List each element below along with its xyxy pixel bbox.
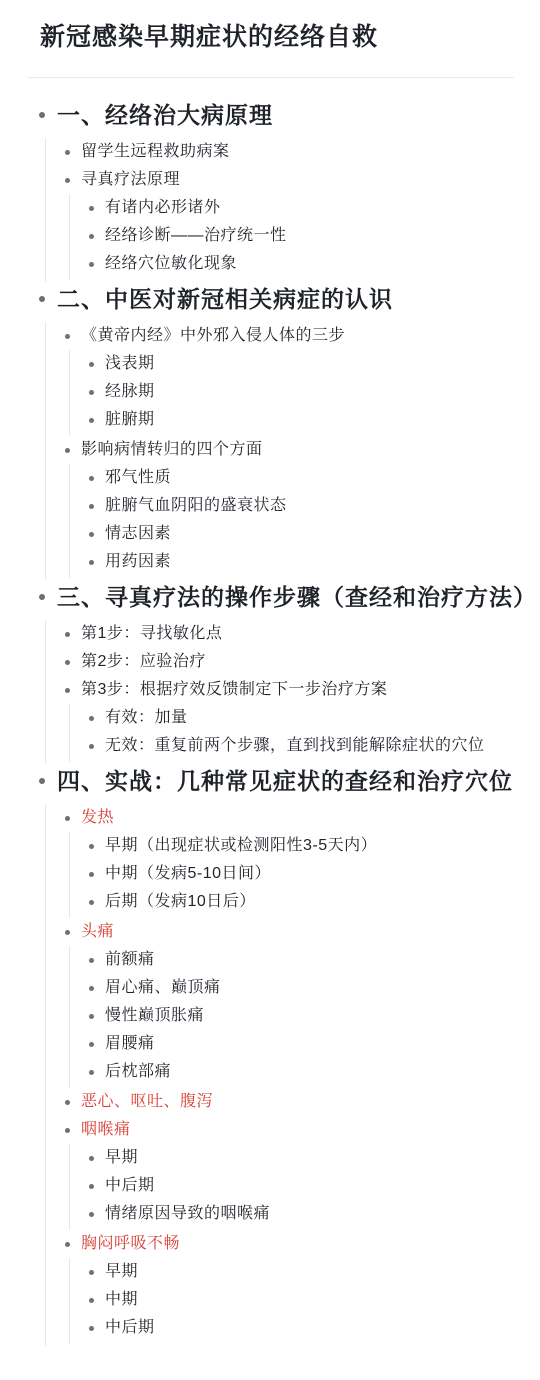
- bullet-icon: [89, 958, 94, 963]
- outline-item-label: 早期: [105, 1261, 138, 1283]
- bullet-icon: [89, 1014, 94, 1019]
- bullet-icon: [89, 418, 94, 423]
- bullet-icon: [89, 1212, 94, 1217]
- outline-item-l3[interactable]: 经络诊断——治疗统一性: [89, 222, 520, 250]
- outline-item-label: 经络穴位敏化现象: [105, 253, 237, 275]
- outline-item-l3[interactable]: 有诸内必形诸外: [89, 194, 520, 222]
- bullet-icon: [89, 1042, 94, 1047]
- outline-item-label: 脏腑气血阴阳的盛衰状态: [105, 495, 287, 517]
- outline-item-label: 咽喉痛: [81, 1119, 131, 1141]
- bullet-icon: [65, 334, 70, 339]
- bullet-icon: [89, 986, 94, 991]
- outline-item-label: 一、经络治大病原理: [57, 98, 273, 132]
- outline-item-l2[interactable]: 咽喉痛: [65, 1116, 520, 1144]
- outline-item-label: 早期（出现症状或检测阳性3-5天内）: [105, 835, 377, 857]
- outline-children-l2: 留学生远程救助病案寻真疗法原理有诸内必形诸外经络诊断——治疗统一性经络穴位敏化现…: [45, 138, 520, 282]
- outline-item-label: 中后期: [105, 1317, 155, 1339]
- bullet-icon: [89, 1326, 94, 1331]
- outline-children-l3: 前额痛眉心痛、巅顶痛慢性巅顶胀痛眉腰痛后枕部痛: [69, 946, 520, 1088]
- outline-item-label: 无效：重复前两个步骤，直到找到能解除症状的穴位: [105, 735, 485, 757]
- outline-item-l2[interactable]: 头痛: [65, 918, 520, 946]
- outline-item-label: 恶心、呕吐、腹泻: [81, 1091, 213, 1113]
- outline-item-l2[interactable]: 胸闷呼吸不畅: [65, 1230, 520, 1258]
- bullet-icon: [89, 560, 94, 565]
- doc-header: 新冠感染早期症状的经络自救: [0, 0, 540, 54]
- outline-item-label: 第1步：寻找敏化点: [81, 623, 222, 645]
- outline-item-label: 二、中医对新冠相关病症的认识: [57, 282, 393, 316]
- outline-children-l3: 有效：加量无效：重复前两个步骤，直到找到能解除症状的穴位: [69, 704, 520, 762]
- bullet-icon: [89, 476, 94, 481]
- outline-item-l2[interactable]: 发热: [65, 804, 520, 832]
- outline-children-l3: 有诸内必形诸外经络诊断——治疗统一性经络穴位敏化现象: [69, 194, 520, 280]
- outline-children-l2: 《黄帝内经》中外邪入侵人体的三步浅表期经脉期脏腑期影响病情转归的四个方面邪气性质…: [45, 322, 520, 580]
- bullet-icon: [65, 816, 70, 821]
- outline-item-l3[interactable]: 经脉期: [89, 378, 520, 406]
- bullet-icon: [89, 362, 94, 367]
- bullet-icon: [89, 1156, 94, 1161]
- bullet-icon: [39, 594, 45, 600]
- outline-item-l3[interactable]: 有效：加量: [89, 704, 520, 732]
- outline-item-label: 有诸内必形诸外: [105, 197, 221, 219]
- outline-item-l3[interactable]: 用药因素: [89, 548, 520, 576]
- outline-item-label: 情志因素: [105, 523, 171, 545]
- outline-children-l2: 第1步：寻找敏化点第2步：应验治疗第3步：根据疗效反馈制定下一步治疗方案有效：加…: [45, 620, 520, 764]
- outline-item-l3[interactable]: 浅表期: [89, 350, 520, 378]
- outline-children-l3: 早期中期中后期: [69, 1258, 520, 1344]
- bullet-icon: [65, 1242, 70, 1247]
- outline-item-label: 头痛: [81, 921, 114, 943]
- outline-item-l3[interactable]: 眉心痛、巅顶痛: [89, 974, 520, 1002]
- outline-item-l3[interactable]: 前额痛: [89, 946, 520, 974]
- outline-item-l2[interactable]: 寻真疗法原理: [65, 166, 520, 194]
- outline-item-label: 留学生远程救助病案: [81, 141, 230, 163]
- bullet-icon: [89, 716, 94, 721]
- bullet-icon: [89, 1298, 94, 1303]
- outline-item-label: 脏腑期: [105, 409, 155, 431]
- bullet-icon: [65, 632, 70, 637]
- bullet-icon: [89, 1184, 94, 1189]
- outline-item-l3[interactable]: 经络穴位敏化现象: [89, 250, 520, 278]
- outline-item-l3[interactable]: 中期: [89, 1286, 520, 1314]
- outline-item-l3[interactable]: 早期: [89, 1144, 520, 1172]
- outline-item-label: 情绪原因导致的咽喉痛: [105, 1203, 270, 1225]
- outline-item-label: 有效：加量: [105, 707, 188, 729]
- outline-item-label: 慢性巅顶胀痛: [105, 1005, 204, 1027]
- outline-item-label: 四、实战：几种常见症状的查经和治疗穴位: [57, 764, 513, 798]
- outline-item-label: 后期（发病10日后）: [105, 891, 256, 913]
- outline-item-label: 三、寻真疗法的操作步骤（查经和治疗方法）: [57, 580, 537, 614]
- outline-children-l3: 早期中后期情绪原因导致的咽喉痛: [69, 1144, 520, 1230]
- outline-item-l3[interactable]: 早期（出现症状或检测阳性3-5天内）: [89, 832, 520, 860]
- outline-item-label: 第3步：根据疗效反馈制定下一步治疗方案: [81, 679, 387, 701]
- bullet-icon: [65, 178, 70, 183]
- outline-item-label: 浅表期: [105, 353, 155, 375]
- outline-children-l3: 浅表期经脉期脏腑期: [69, 350, 520, 436]
- bullet-icon: [89, 1070, 94, 1075]
- outline-item-l2[interactable]: 第2步：应验治疗: [65, 648, 520, 676]
- outline-root: 一、经络治大病原理留学生远程救助病案寻真疗法原理有诸内必形诸外经络诊断——治疗统…: [0, 78, 540, 1370]
- outline-item-label: 胸闷呼吸不畅: [81, 1233, 180, 1255]
- outline-item-l3[interactable]: 后枕部痛: [89, 1058, 520, 1086]
- outline-item-l3[interactable]: 中后期: [89, 1172, 520, 1200]
- outline-item-label: 发热: [81, 807, 114, 829]
- outline-children-l2: 发热早期（出现症状或检测阳性3-5天内）中期（发病5-10日间）后期（发病10日…: [45, 804, 520, 1346]
- outline-item-label: 后枕部痛: [105, 1061, 171, 1083]
- bullet-icon: [39, 296, 45, 302]
- outline-item-l2[interactable]: 第3步：根据疗效反馈制定下一步治疗方案: [65, 676, 520, 704]
- bullet-icon: [65, 1128, 70, 1133]
- outline-item-l3[interactable]: 中后期: [89, 1314, 520, 1342]
- outline-item-label: 早期: [105, 1147, 138, 1169]
- outline-item-l2[interactable]: 恶心、呕吐、腹泻: [65, 1088, 520, 1116]
- outline-item-l2[interactable]: 影响病情转归的四个方面: [65, 436, 520, 464]
- outline-item-label: 中期: [105, 1289, 138, 1311]
- outline-item-label: 中后期: [105, 1175, 155, 1197]
- outline-item-l1[interactable]: 四、实战：几种常见症状的查经和治疗穴位: [39, 764, 520, 798]
- bullet-icon: [89, 504, 94, 509]
- outline-item-l1[interactable]: 三、寻真疗法的操作步骤（查经和治疗方法）: [39, 580, 520, 614]
- outline-item-l2[interactable]: 第1步：寻找敏化点: [65, 620, 520, 648]
- outline-item-l2[interactable]: 留学生远程救助病案: [65, 138, 520, 166]
- outline-item-l1[interactable]: 一、经络治大病原理: [39, 98, 520, 132]
- outline-item-l3[interactable]: 早期: [89, 1258, 520, 1286]
- bullet-icon: [39, 112, 45, 118]
- bullet-icon: [65, 1100, 70, 1105]
- bullet-icon: [65, 688, 70, 693]
- outline-item-label: 寻真疗法原理: [81, 169, 180, 191]
- outline-item-label: 第2步：应验治疗: [81, 651, 206, 673]
- outline-item-label: 经脉期: [105, 381, 155, 403]
- outline-item-label: 影响病情转归的四个方面: [81, 439, 263, 461]
- bullet-icon: [89, 844, 94, 849]
- bullet-icon: [65, 660, 70, 665]
- outline-item-l3[interactable]: 无效：重复前两个步骤，直到找到能解除症状的穴位: [89, 732, 520, 760]
- bullet-icon: [65, 930, 70, 935]
- bullet-icon: [89, 206, 94, 211]
- outline-children-l3: 早期（出现症状或检测阳性3-5天内）中期（发病5-10日间）后期（发病10日后）: [69, 832, 520, 918]
- outline-item-label: 经络诊断——治疗统一性: [105, 225, 287, 247]
- bullet-icon: [65, 150, 70, 155]
- outline-item-l3[interactable]: 情绪原因导致的咽喉痛: [89, 1200, 520, 1228]
- outline-item-label: 用药因素: [105, 551, 171, 573]
- bullet-icon: [39, 778, 45, 784]
- bullet-icon: [89, 900, 94, 905]
- page-title: 新冠感染早期症状的经络自救: [40, 20, 514, 54]
- outline-item-label: 眉心痛、巅顶痛: [105, 977, 221, 999]
- bullet-icon: [89, 872, 94, 877]
- outline-item-l3[interactable]: 慢性巅顶胀痛: [89, 1002, 520, 1030]
- bullet-icon: [89, 234, 94, 239]
- outline-item-l3[interactable]: 脏腑期: [89, 406, 520, 434]
- bullet-icon: [89, 390, 94, 395]
- outline-item-l3[interactable]: 脏腑气血阴阳的盛衰状态: [89, 492, 520, 520]
- outline-item-l3[interactable]: 邪气性质: [89, 464, 520, 492]
- outline-item-l1[interactable]: 二、中医对新冠相关病症的认识: [39, 282, 520, 316]
- outline-item-l3[interactable]: 中期（发病5-10日间）: [89, 860, 520, 888]
- bullet-icon: [89, 744, 94, 749]
- outline-item-label: 前额痛: [105, 949, 155, 971]
- outline-item-l2[interactable]: 《黄帝内经》中外邪入侵人体的三步: [65, 322, 520, 350]
- bullet-icon: [89, 1270, 94, 1275]
- bullet-icon: [89, 532, 94, 537]
- outline-item-l3[interactable]: 眉腰痛: [89, 1030, 520, 1058]
- outline-children-l3: 邪气性质脏腑气血阴阳的盛衰状态情志因素用药因素: [69, 464, 520, 578]
- outline-item-label: 《黄帝内经》中外邪入侵人体的三步: [81, 325, 345, 347]
- outline-item-label: 邪气性质: [105, 467, 171, 489]
- bullet-icon: [65, 448, 70, 453]
- outline-item-l3[interactable]: 情志因素: [89, 520, 520, 548]
- bullet-icon: [89, 262, 94, 267]
- outline-item-label: 眉腰痛: [105, 1033, 155, 1055]
- outline-item-l3[interactable]: 后期（发病10日后）: [89, 888, 520, 916]
- outline-item-label: 中期（发病5-10日间）: [105, 863, 271, 885]
